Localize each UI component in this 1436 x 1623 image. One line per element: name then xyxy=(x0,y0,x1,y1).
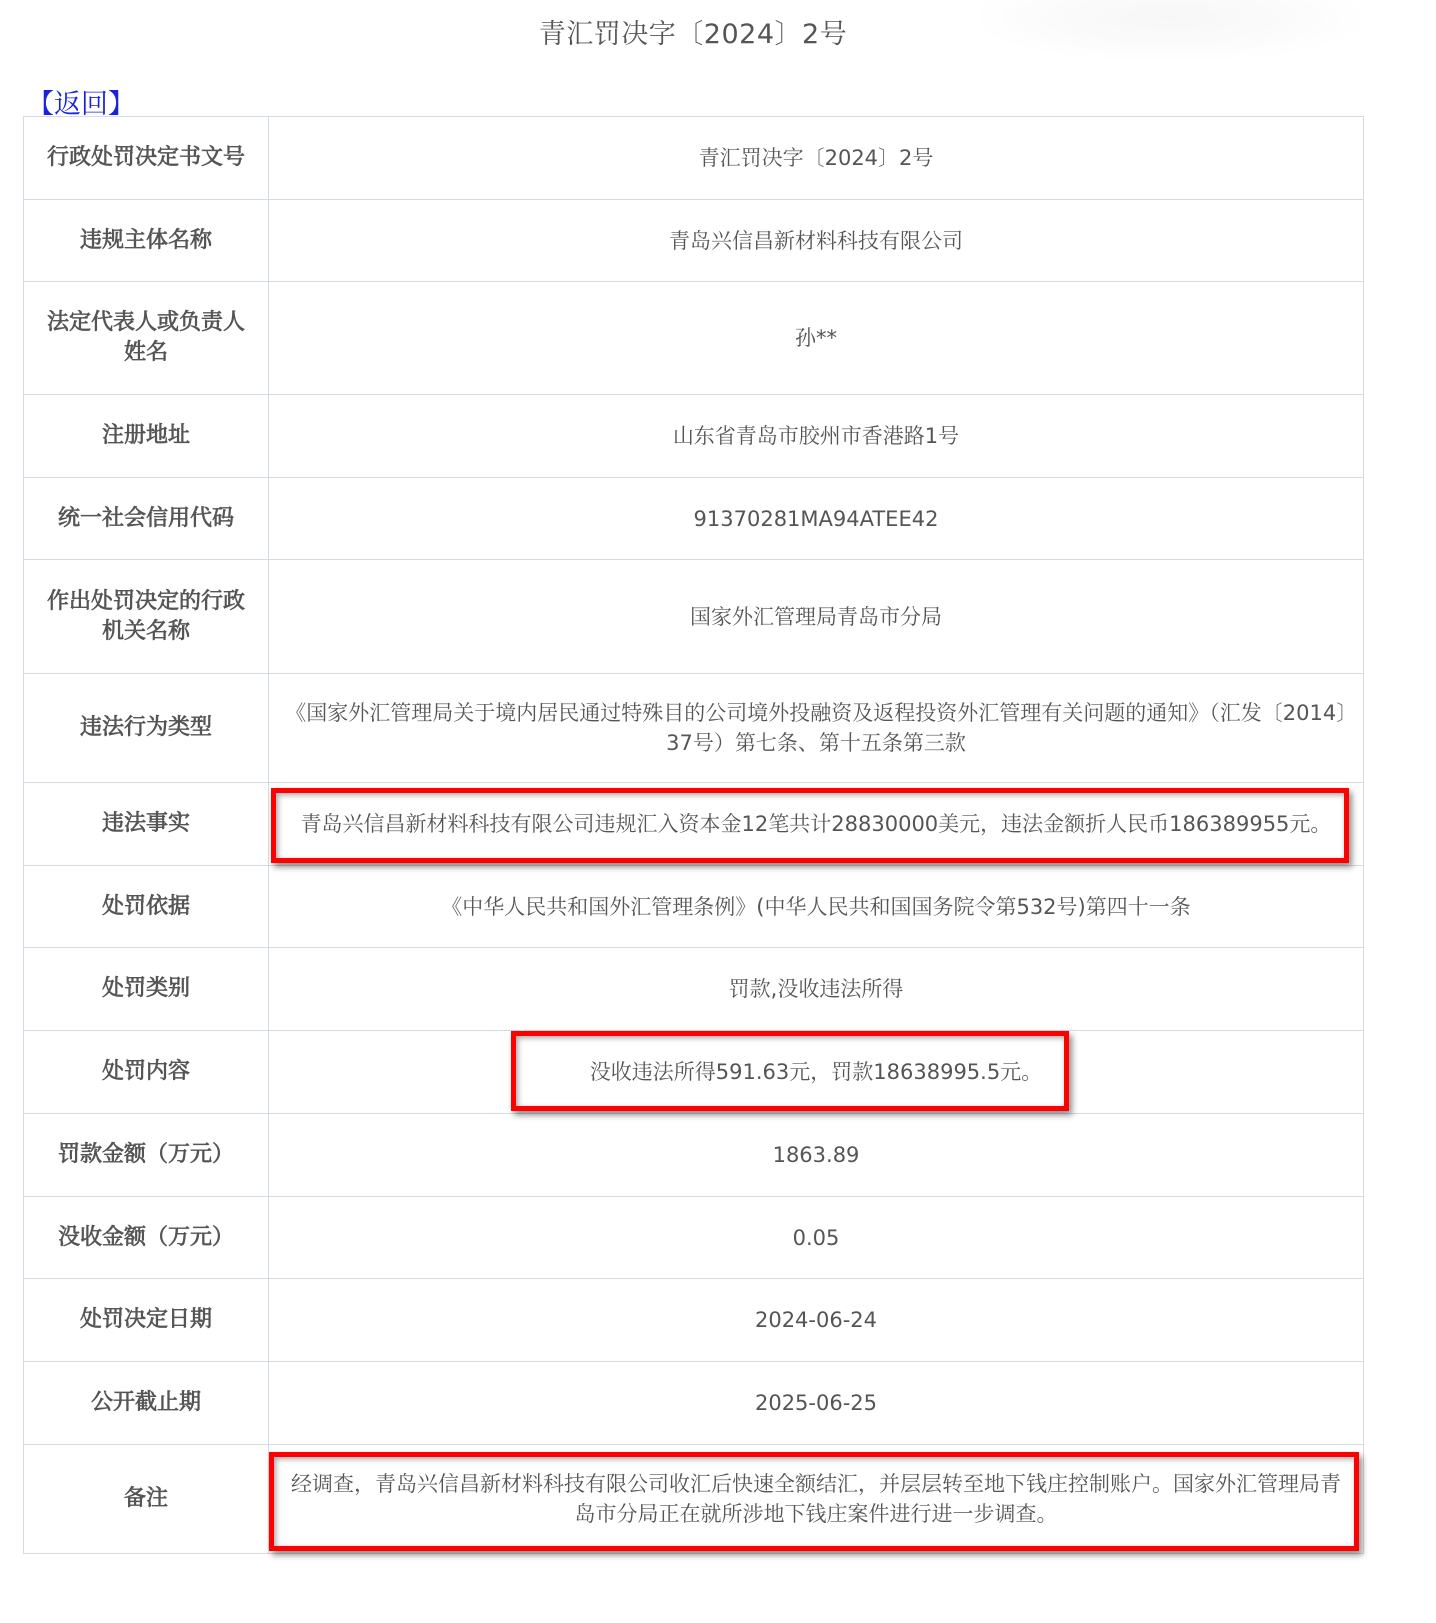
table-row-fine-amount: 罚款金额（万元） 1863.89 xyxy=(24,1114,1364,1197)
row-value: 青岛兴信昌新材料科技有限公司 xyxy=(269,200,1364,282)
row-label: 统一社会信用代码 xyxy=(24,478,269,560)
table-row-disclosure-deadline: 公开截止期 2025-06-25 xyxy=(24,1362,1364,1445)
penalty-decision-page: 青汇罚决字〔2024〕2号 【返回】 行政处罚决定书文号 青汇罚决字〔2024〕… xyxy=(0,0,1436,1623)
row-value: 1863.89 xyxy=(269,1114,1364,1197)
table-row-registered-address: 注册地址 山东省青岛市胶州市香港路1号 xyxy=(24,395,1364,478)
row-label: 处罚决定日期 xyxy=(24,1279,269,1362)
row-value: 山东省青岛市胶州市香港路1号 xyxy=(269,395,1364,478)
row-value: 2024-06-24 xyxy=(269,1279,1364,1362)
row-value: 2025-06-25 xyxy=(269,1362,1364,1445)
row-value: 《国家外汇管理局关于境内居民通过特殊目的公司境外投融资及返程投资外汇管理有关问题… xyxy=(269,674,1364,783)
row-value: 0.05 xyxy=(269,1197,1364,1279)
table-row-authority: 作出处罚决定的行政机关名称 国家外汇管理局青岛市分局 xyxy=(24,560,1364,674)
row-label: 处罚内容 xyxy=(24,1031,269,1114)
table-row-remarks: 备注 经调查，青岛兴信昌新材料科技有限公司收汇后快速全额结汇，并层层转至地下钱庄… xyxy=(24,1445,1364,1554)
row-label: 法定代表人或负责人姓名 xyxy=(24,282,269,395)
page-title: 青汇罚决字〔2024〕2号 xyxy=(0,12,1386,51)
table-row-violation-facts: 违法事实 青岛兴信昌新材料科技有限公司违规汇入资本金12笔共计28830000美… xyxy=(24,783,1364,866)
row-label: 注册地址 xyxy=(24,395,269,478)
table-row-legal-representative: 法定代表人或负责人姓名 孙** xyxy=(24,282,1364,395)
row-label: 违规主体名称 xyxy=(24,200,269,282)
row-value: 《中华人民共和国外汇管理条例》(中华人民共和国国务院令第532号)第四十一条 xyxy=(269,866,1364,948)
row-label: 违法事实 xyxy=(24,783,269,866)
table-row-entity-name: 违规主体名称 青岛兴信昌新材料科技有限公司 xyxy=(24,200,1364,282)
row-label: 作出处罚决定的行政机关名称 xyxy=(24,560,269,674)
row-value: 青汇罚决字〔2024〕2号 xyxy=(269,117,1364,200)
row-label: 处罚类别 xyxy=(24,948,269,1031)
penalty-info-table: 行政处罚决定书文号 青汇罚决字〔2024〕2号 违规主体名称 青岛兴信昌新材料科… xyxy=(23,116,1364,1554)
table-row-confiscation-amount: 没收金额（万元） 0.05 xyxy=(24,1197,1364,1279)
row-value: 经调查，青岛兴信昌新材料科技有限公司收汇后快速全额结汇，并层层转至地下钱庄控制账… xyxy=(269,1445,1364,1554)
row-value: 没收违法所得591.63元，罚款18638995.5元。 xyxy=(269,1031,1364,1114)
table-row-decision-date: 处罚决定日期 2024-06-24 xyxy=(24,1279,1364,1362)
row-label: 备注 xyxy=(24,1445,269,1554)
row-value: 91370281MA94ATEE42 xyxy=(269,478,1364,560)
row-label: 罚款金额（万元） xyxy=(24,1114,269,1197)
table-row-penalty-content: 处罚内容 没收违法所得591.63元，罚款18638995.5元。 xyxy=(24,1031,1364,1114)
table-row-document-number: 行政处罚决定书文号 青汇罚决字〔2024〕2号 xyxy=(24,117,1364,200)
row-label: 处罚依据 xyxy=(24,866,269,948)
row-label: 公开截止期 xyxy=(24,1362,269,1445)
row-value: 国家外汇管理局青岛市分局 xyxy=(269,560,1364,674)
row-label: 行政处罚决定书文号 xyxy=(24,117,269,200)
row-label: 没收金额（万元） xyxy=(24,1197,269,1279)
row-value: 孙** xyxy=(269,282,1364,395)
table-row-penalty-category: 处罚类别 罚款,没收违法所得 xyxy=(24,948,1364,1031)
table-row-credit-code: 统一社会信用代码 91370281MA94ATEE42 xyxy=(24,478,1364,560)
row-label: 违法行为类型 xyxy=(24,674,269,783)
table-row-violation-type: 违法行为类型 《国家外汇管理局关于境内居民通过特殊目的公司境外投融资及返程投资外… xyxy=(24,674,1364,783)
row-value: 罚款,没收违法所得 xyxy=(269,948,1364,1031)
table-row-penalty-basis: 处罚依据 《中华人民共和国外汇管理条例》(中华人民共和国国务院令第532号)第四… xyxy=(24,866,1364,948)
row-value: 青岛兴信昌新材料科技有限公司违规汇入资本金12笔共计28830000美元，违法金… xyxy=(269,783,1364,866)
